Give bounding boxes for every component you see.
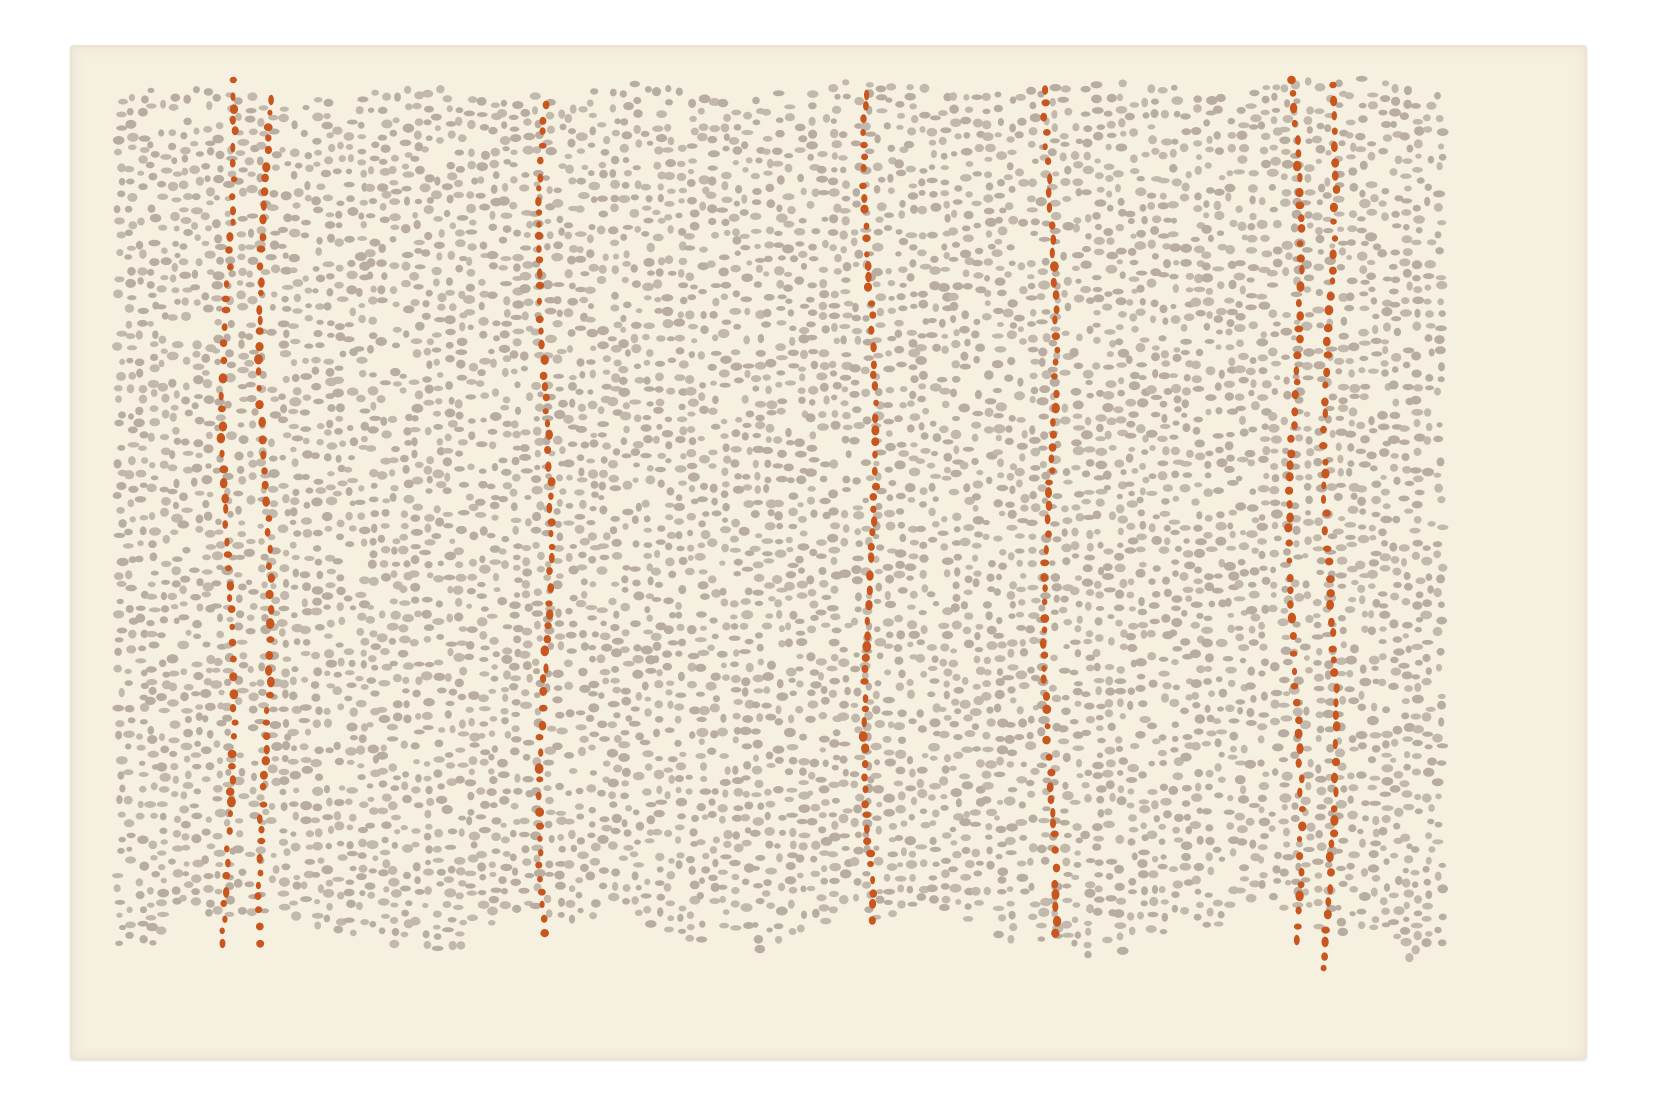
taupe-dots bbox=[112, 76, 1449, 963]
rug-dot-pattern bbox=[0, 0, 1660, 1107]
